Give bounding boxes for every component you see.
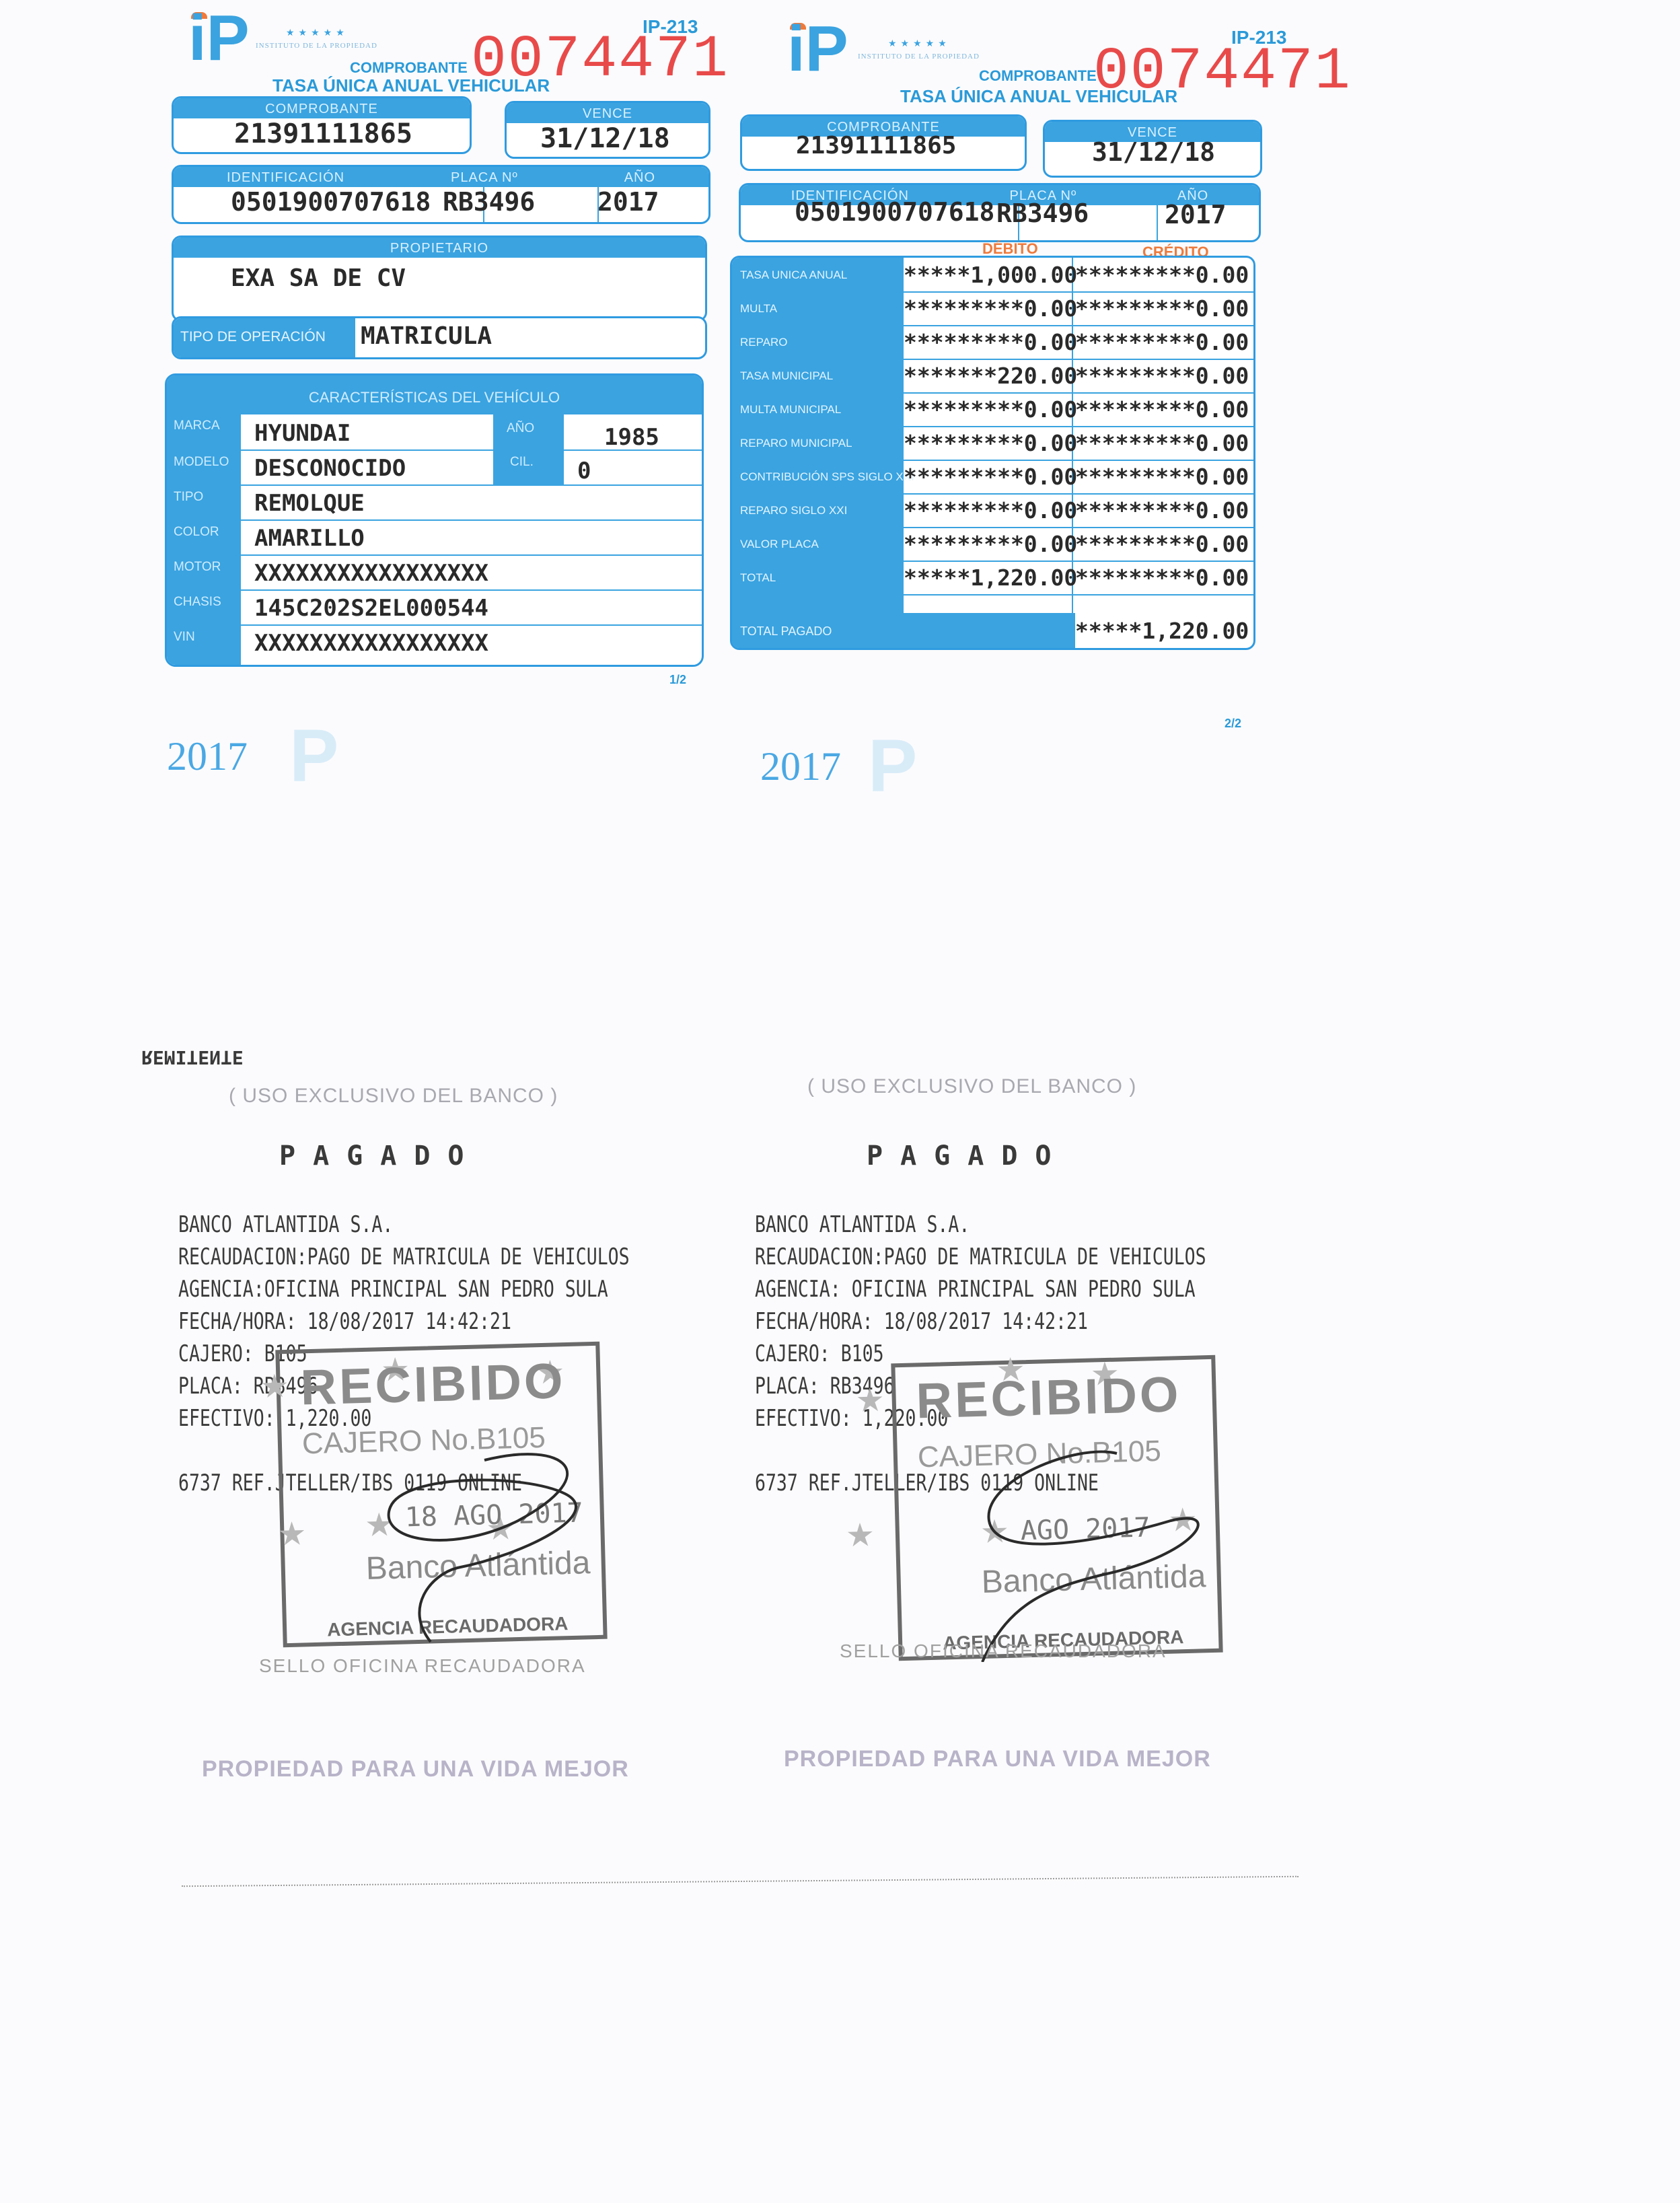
fee-debit: *********0.00 (904, 430, 1068, 456)
tipo-operacion-label: TIPO DE OPERACIÓN (180, 329, 326, 345)
document-title: TASA ÚNICA ANUAL VEHICULAR (900, 86, 1177, 107)
bank-line: FECHA/HORA: 18/08/2017 14:42:21 (178, 1308, 511, 1335)
vence-value: 31/12/18 (1045, 142, 1260, 162)
fee-credit: *********0.00 (1075, 329, 1233, 355)
placa-value: RB3496 (443, 187, 535, 217)
vehicle-row-color: COLOR AMARILLO (241, 519, 702, 554)
fee-row: REPARO SIGLO XXI*********0.00*********0.… (732, 493, 1253, 528)
total-pagado-value: *****1,220.00 (1075, 618, 1233, 644)
page-number: 2/2 (1225, 717, 1241, 731)
fee-debit: *********0.00 (904, 464, 1068, 490)
fee-debit: *********0.00 (904, 396, 1068, 423)
fee-label: TASA UNICA ANUAL (740, 268, 847, 282)
uso-exclusivo-label: ( USO EXCLUSIVO DEL BANCO ) (229, 1085, 558, 1108)
fee-row: CONTRIBUCIÓN SPS SIGLO XXI*********0.00*… (732, 460, 1253, 495)
watermark-year: 2017 (760, 744, 841, 790)
signature-icon (942, 1447, 1225, 1662)
vehicle-row-vin: VIN XXXXXXXXXXXXXXXXX (241, 624, 702, 659)
anio-label: AÑO (624, 167, 655, 187)
fees-table: TASA UNICA ANUAL*****1,000.00*********0.… (730, 256, 1255, 650)
propietario-field: PROPIETARIO EXA SA DE CV (172, 236, 707, 322)
vence-field: VENCE 31/12/18 (505, 101, 710, 159)
fee-credit: *********0.00 (1075, 430, 1233, 456)
anio-value: 2017 (597, 187, 659, 217)
vehicle-row-chasis: CHASIS 145C202S2EL000544 (241, 589, 702, 624)
motto: PROPIEDAD PARA UNA VIDA MEJOR (784, 1746, 1211, 1772)
fee-credit: *********0.00 (1075, 565, 1233, 591)
fee-debit: *********0.00 (904, 497, 1068, 523)
signature-icon (350, 1447, 619, 1649)
vehicle-row-motor: MOTOR XXXXXXXXXXXXXXXXX (241, 554, 702, 589)
bank-line: CAJERO: B105 (755, 1340, 884, 1367)
total-pagado-label: TOTAL PAGADO (740, 624, 832, 639)
fee-debit: *****1,220.00 (904, 565, 1068, 591)
vence-field: VENCE 31/12/18 (1043, 120, 1262, 178)
ip-logo-icon: iP (780, 19, 841, 79)
bank-line: FECHA/HORA: 18/08/2017 14:42:21 (755, 1308, 1088, 1335)
fee-credit: *********0.00 (1075, 363, 1233, 389)
page-number: 1/2 (669, 673, 686, 687)
propietario-label: PROPIETARIO (174, 238, 705, 258)
sello-label: SELLO OFICINA RECAUDADORA (259, 1655, 586, 1677)
tipo-operacion-value: MATRICULA (361, 322, 492, 350)
vehicle-row-marca: MARCA HYUNDAI AÑO 1985 (241, 414, 702, 448)
fee-row: MULTA*********0.00*********0.00 (732, 291, 1253, 326)
fee-credit: *********0.00 (1075, 262, 1233, 288)
placa-value: RB3496 (996, 198, 1089, 228)
propietario-value: EXA SA DE CV (231, 264, 406, 292)
fee-label: TASA MUNICIPAL (740, 369, 833, 383)
placa-label: PLACA Nº (451, 167, 518, 187)
fee-debit: *********0.00 (904, 531, 1068, 557)
bank-line: BANCO ATLANTIDA S.A. (178, 1211, 393, 1238)
identificacion-label: IDENTIFICACIÓN (227, 167, 344, 187)
comprobante-value: 21391111865 (174, 118, 470, 149)
tipo-operacion-field: TIPO DE OPERACIÓN MATRICULA (172, 316, 707, 359)
fee-label: REPARO MUNICIPAL (740, 437, 852, 450)
fee-debit: *********0.00 (904, 329, 1068, 355)
bank-line: AGENCIA:OFICINA PRINCIPAL SAN PEDRO SULA (178, 1276, 608, 1303)
fee-row: REPARO MUNICIPAL*********0.00*********0.… (732, 426, 1253, 461)
identificacion-row: IDENTIFICACIÓN PLACA Nº AÑO 050190070761… (739, 183, 1261, 242)
fee-row: TOTAL*****1,220.00*********0.00 (732, 561, 1253, 595)
ip-logo-icon: iP (182, 8, 242, 69)
sello-label: SELLO OFICINA RECAUDADORA (840, 1640, 1167, 1662)
identificacion-value: 0501900707618 (231, 187, 431, 217)
identificacion-row: IDENTIFICACIÓN PLACA Nº AÑO 050190070761… (172, 165, 710, 224)
fee-debit: *********0.00 (904, 295, 1068, 322)
ip-watermark-icon: P (289, 713, 338, 799)
anio-value: 2017 (1165, 200, 1227, 229)
vehicle-row-tipo: TIPO REMOLQUE (241, 484, 702, 519)
uso-exclusivo-label: ( USO EXCLUSIVO DEL BANCO ) (807, 1075, 1136, 1098)
vehicle-row-modelo: MODELO DESCONOCIDO CIL. 0 (241, 449, 702, 484)
stamp-title: RECIBIDO (916, 1365, 1182, 1429)
fee-label: REPARO SIGLO XXI (740, 504, 847, 517)
bank-line: RECAUDACION:PAGO DE MATRICULA DE VEHICUL… (178, 1243, 630, 1270)
fee-label: VALOR PLACA (740, 538, 819, 551)
watermark-year: 2017 (167, 733, 248, 780)
fee-label: MULTA (740, 302, 777, 316)
issuer-name: INSTITUTO DE LA PROPIEDAD (256, 42, 377, 50)
mirrored-remitter: REMITENTE (141, 1046, 244, 1069)
vence-label: VENCE (507, 103, 708, 123)
fee-label: CONTRIBUCIÓN SPS SIGLO XXI (740, 470, 914, 484)
fee-row: REPARO*********0.00*********0.00 (732, 325, 1253, 360)
vence-value: 31/12/18 (507, 123, 708, 154)
characteristics-title: CARACTERÍSTICAS DEL VEHÍCULO (167, 389, 702, 406)
bank-line: RECAUDACION:PAGO DE MATRICULA DE VEHICUL… (755, 1243, 1206, 1270)
fee-credit: *********0.00 (1075, 497, 1233, 523)
cut-line (182, 1876, 1299, 1887)
fee-debit: *******220.00 (904, 363, 1068, 389)
fee-label: TOTAL (740, 571, 776, 585)
fee-credit: *********0.00 (1075, 531, 1233, 557)
fee-label: MULTA MUNICIPAL (740, 403, 841, 417)
fee-credit: *********0.00 (1075, 464, 1233, 490)
comprobante-field: COMPROBANTE 21391111865 (172, 96, 472, 154)
identificacion-value: 0501900707618 (795, 197, 994, 227)
stars-icon: ★★★★★ (888, 38, 951, 49)
serial-label: COMPROBANTE (979, 67, 1097, 85)
comprobante-field: COMPROBANTE 21391111865 (740, 114, 1027, 171)
fee-row: TASA UNICA ANUAL*****1,000.00*********0.… (732, 258, 1253, 293)
issuer-name: INSTITUTO DE LA PROPIEDAD (858, 52, 980, 61)
bank-line: BANCO ATLANTIDA S.A. (755, 1211, 970, 1238)
fee-debit: *****1,000.00 (904, 262, 1068, 288)
serial-label: COMPROBANTE (350, 59, 468, 77)
fee-row: VALOR PLACA*********0.00*********0.00 (732, 527, 1253, 562)
pagado-label: PAGADO (279, 1141, 482, 1171)
vehicle-characteristics-table: CARACTERÍSTICAS DEL VEHÍCULO MARCA HYUND… (165, 373, 704, 667)
comprobante-value: 21391111865 (742, 137, 1025, 155)
stars-icon: ★★★★★ (286, 27, 349, 38)
fee-credit: *********0.00 (1075, 295, 1233, 322)
ip-watermark-icon: P (868, 723, 917, 809)
fee-row: MULTA MUNICIPAL*********0.00*********0.0… (732, 392, 1253, 427)
fee-label: REPARO (740, 336, 788, 349)
pagado-label: PAGADO (867, 1141, 1069, 1171)
bank-line: AGENCIA: OFICINA PRINCIPAL SAN PEDRO SUL… (755, 1276, 1196, 1303)
fee-row: TASA MUNICIPAL*******220.00*********0.00 (732, 359, 1253, 394)
document-title: TASA ÚNICA ANUAL VEHICULAR (272, 75, 550, 96)
motto: PROPIEDAD PARA UNA VIDA MEJOR (202, 1756, 629, 1782)
fee-credit: *********0.00 (1075, 396, 1233, 423)
stamp-title: RECIBIDO (300, 1352, 567, 1416)
comprobante-label: COMPROBANTE (174, 98, 470, 118)
